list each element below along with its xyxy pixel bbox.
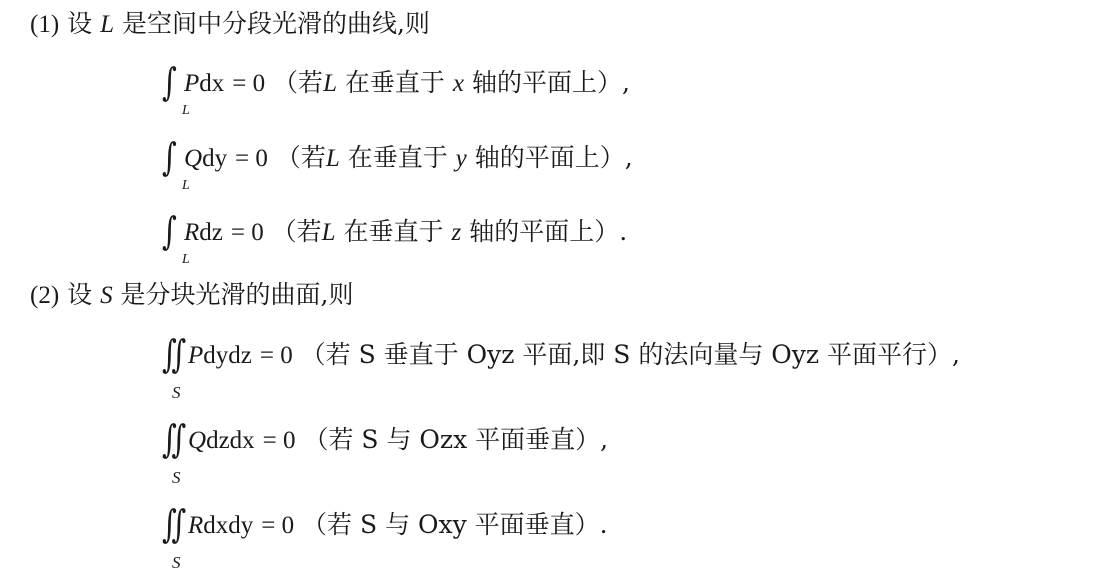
- condition: （若 S 与 Ozx 平面垂直）,: [303, 425, 608, 454]
- differential: dy: [202, 145, 227, 172]
- condition: （若 S 与 Oxy 平面垂直）.: [302, 510, 608, 539]
- integrand: P: [184, 70, 199, 97]
- item-label: (2): [30, 282, 59, 309]
- heading-text: 是分块光滑的曲面,则: [121, 280, 354, 309]
- item-label: (1): [30, 11, 59, 38]
- condition: （若: [272, 217, 322, 246]
- condition: （若: [273, 68, 323, 97]
- integrand: R: [184, 219, 199, 246]
- differential: dz: [199, 219, 223, 246]
- integrand: Q: [184, 145, 202, 172]
- integrand: Q: [188, 427, 206, 454]
- equals-zero: = 0: [235, 145, 268, 172]
- differential: dydz: [203, 342, 252, 369]
- heading-text: 是空间中分段光滑的曲线,则: [122, 9, 430, 38]
- part1-heading: (1) 设 L 是空间中分段光滑的曲线,则: [30, 9, 430, 40]
- equals-zero: = 0: [260, 342, 293, 369]
- variable: S: [100, 282, 113, 309]
- heading-text: 设: [67, 280, 92, 309]
- condition: （若 S 垂直于 Oyz 平面,即 S 的法向量与 Oyz 平面平行）,: [301, 340, 960, 369]
- equals-zero: = 0: [261, 512, 294, 539]
- heading-text: 设: [67, 9, 92, 38]
- variable: L: [100, 11, 114, 38]
- integrand: P: [188, 342, 203, 369]
- differential: dx: [199, 70, 224, 97]
- equals-zero: = 0: [232, 70, 265, 97]
- integrand: R: [188, 512, 203, 539]
- differential: dzdx: [206, 427, 255, 454]
- part2-heading: (2) 设 S 是分块光滑的曲面,则: [30, 280, 353, 311]
- equals-zero: = 0: [263, 427, 296, 454]
- condition: （若: [276, 143, 326, 172]
- differential: dxdy: [203, 512, 253, 539]
- equals-zero: = 0: [231, 219, 264, 246]
